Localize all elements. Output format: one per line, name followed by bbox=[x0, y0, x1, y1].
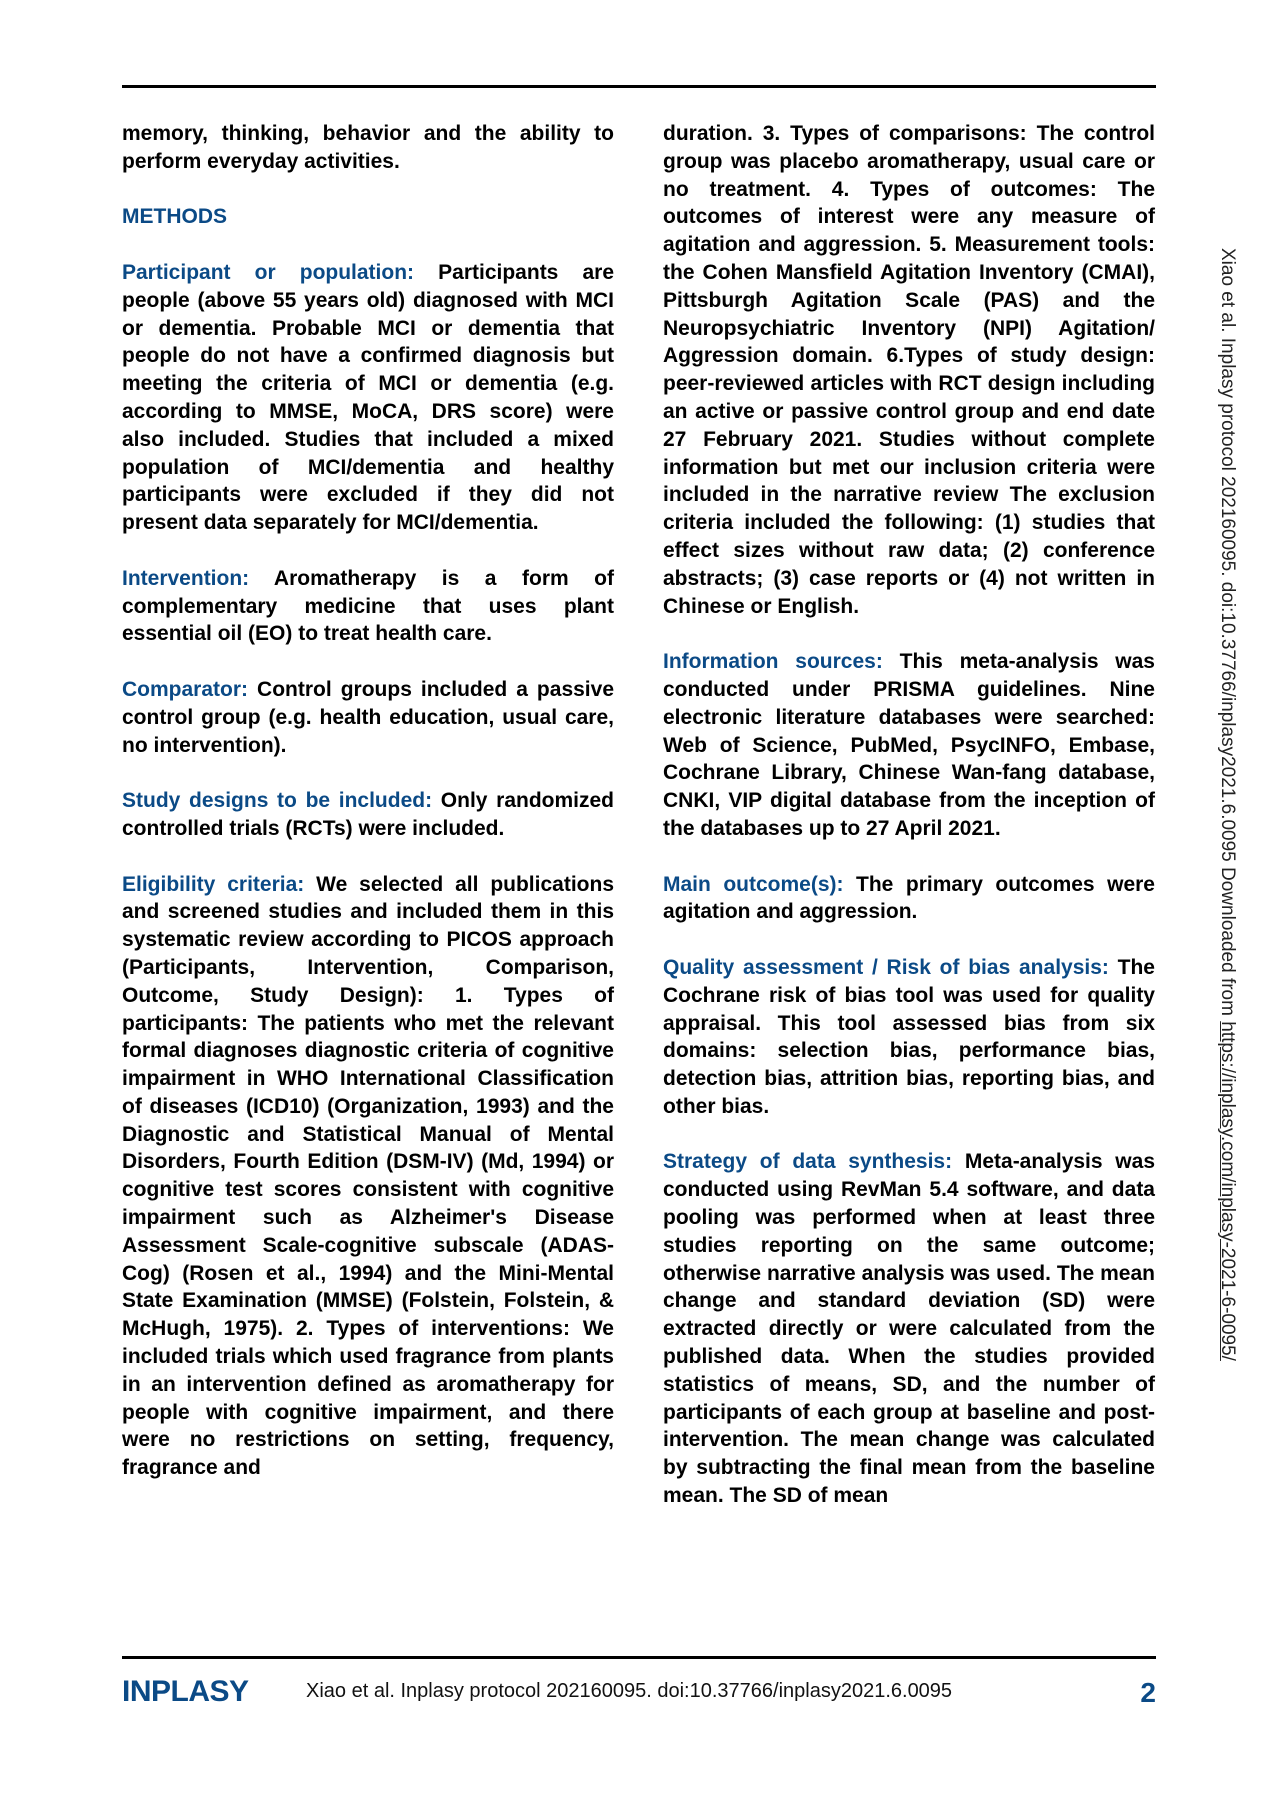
paragraph-heading: Strategy of data synthesis: bbox=[663, 1150, 952, 1173]
page-footer: INPLASY Xiao et al. Inplasy protocol 202… bbox=[122, 1675, 1156, 1715]
paragraph-body: We selected all publications and screene… bbox=[122, 873, 614, 1480]
paragraph-participant: Participant or population: Participants … bbox=[122, 259, 614, 537]
paragraph-main-outcomes: Main outcome(s): The primary outcomes we… bbox=[663, 871, 1155, 927]
side-note-text: Xiao et al. Inplasy protocol 202160095. … bbox=[1217, 248, 1238, 1021]
paragraph-body: Participants are people (above 55 years … bbox=[122, 261, 614, 534]
bottom-rule bbox=[122, 1656, 1156, 1659]
footer-citation: Xiao et al. Inplasy protocol 202160095. … bbox=[306, 1680, 952, 1703]
top-rule bbox=[122, 85, 1156, 88]
paragraph-heading: Comparator: bbox=[122, 678, 248, 701]
paragraph-heading: Eligibility criteria: bbox=[122, 873, 304, 896]
paragraph-body: This meta-analysis was conducted under P… bbox=[663, 650, 1155, 840]
paragraph-heading: Quality assessment / Risk of bias analys… bbox=[663, 956, 1109, 979]
paragraph-eligibility: Eligibility criteria: We selected all pu… bbox=[122, 871, 614, 1483]
paragraph-intervention: Intervention: Aromatherapy is a form of … bbox=[122, 565, 614, 648]
intro-text: memory, thinking, behavior and the abili… bbox=[122, 122, 614, 173]
paragraph-heading: Main outcome(s): bbox=[663, 873, 844, 896]
paragraph-heading: Intervention: bbox=[122, 567, 249, 590]
download-link[interactable]: https://inplasy.com/inplasy-2021-6-0095/ bbox=[1217, 1021, 1238, 1361]
page-number: 2 bbox=[1140, 1677, 1156, 1709]
intro-paragraph: memory, thinking, behavior and the abili… bbox=[122, 120, 614, 176]
paragraph-data-synthesis: Strategy of data synthesis: Meta-analysi… bbox=[663, 1148, 1155, 1509]
paragraph-quality-assessment: Quality assessment / Risk of bias analys… bbox=[663, 954, 1155, 1121]
paragraph-study-designs: Study designs to be included: Only rando… bbox=[122, 787, 614, 843]
paragraph-body: The Cochrane risk of bias tool was used … bbox=[663, 956, 1155, 1118]
footer-brand-logo: INPLASY bbox=[122, 1675, 249, 1709]
section-title-methods: METHODS bbox=[122, 203, 614, 231]
paragraph-body: Meta-analysis was conducted using RevMan… bbox=[663, 1150, 1155, 1507]
continuation-paragraph: duration. 3. Types of comparisons: The c… bbox=[663, 120, 1155, 620]
paragraph-comparator: Comparator: Control groups included a pa… bbox=[122, 676, 614, 759]
paragraph-heading: Information sources: bbox=[663, 650, 883, 673]
paragraph-heading: Study designs to be included: bbox=[122, 789, 432, 812]
side-download-note: Xiao et al. Inplasy protocol 202160095. … bbox=[1216, 248, 1238, 1361]
paragraph-heading: Participant or population: bbox=[122, 261, 414, 284]
right-column: duration. 3. Types of comparisons: The c… bbox=[663, 120, 1155, 1538]
continuation-text: duration. 3. Types of comparisons: The c… bbox=[663, 122, 1155, 618]
paragraph-information-sources: Information sources: This meta-analysis … bbox=[663, 648, 1155, 843]
left-column: memory, thinking, behavior and the abili… bbox=[122, 120, 614, 1510]
